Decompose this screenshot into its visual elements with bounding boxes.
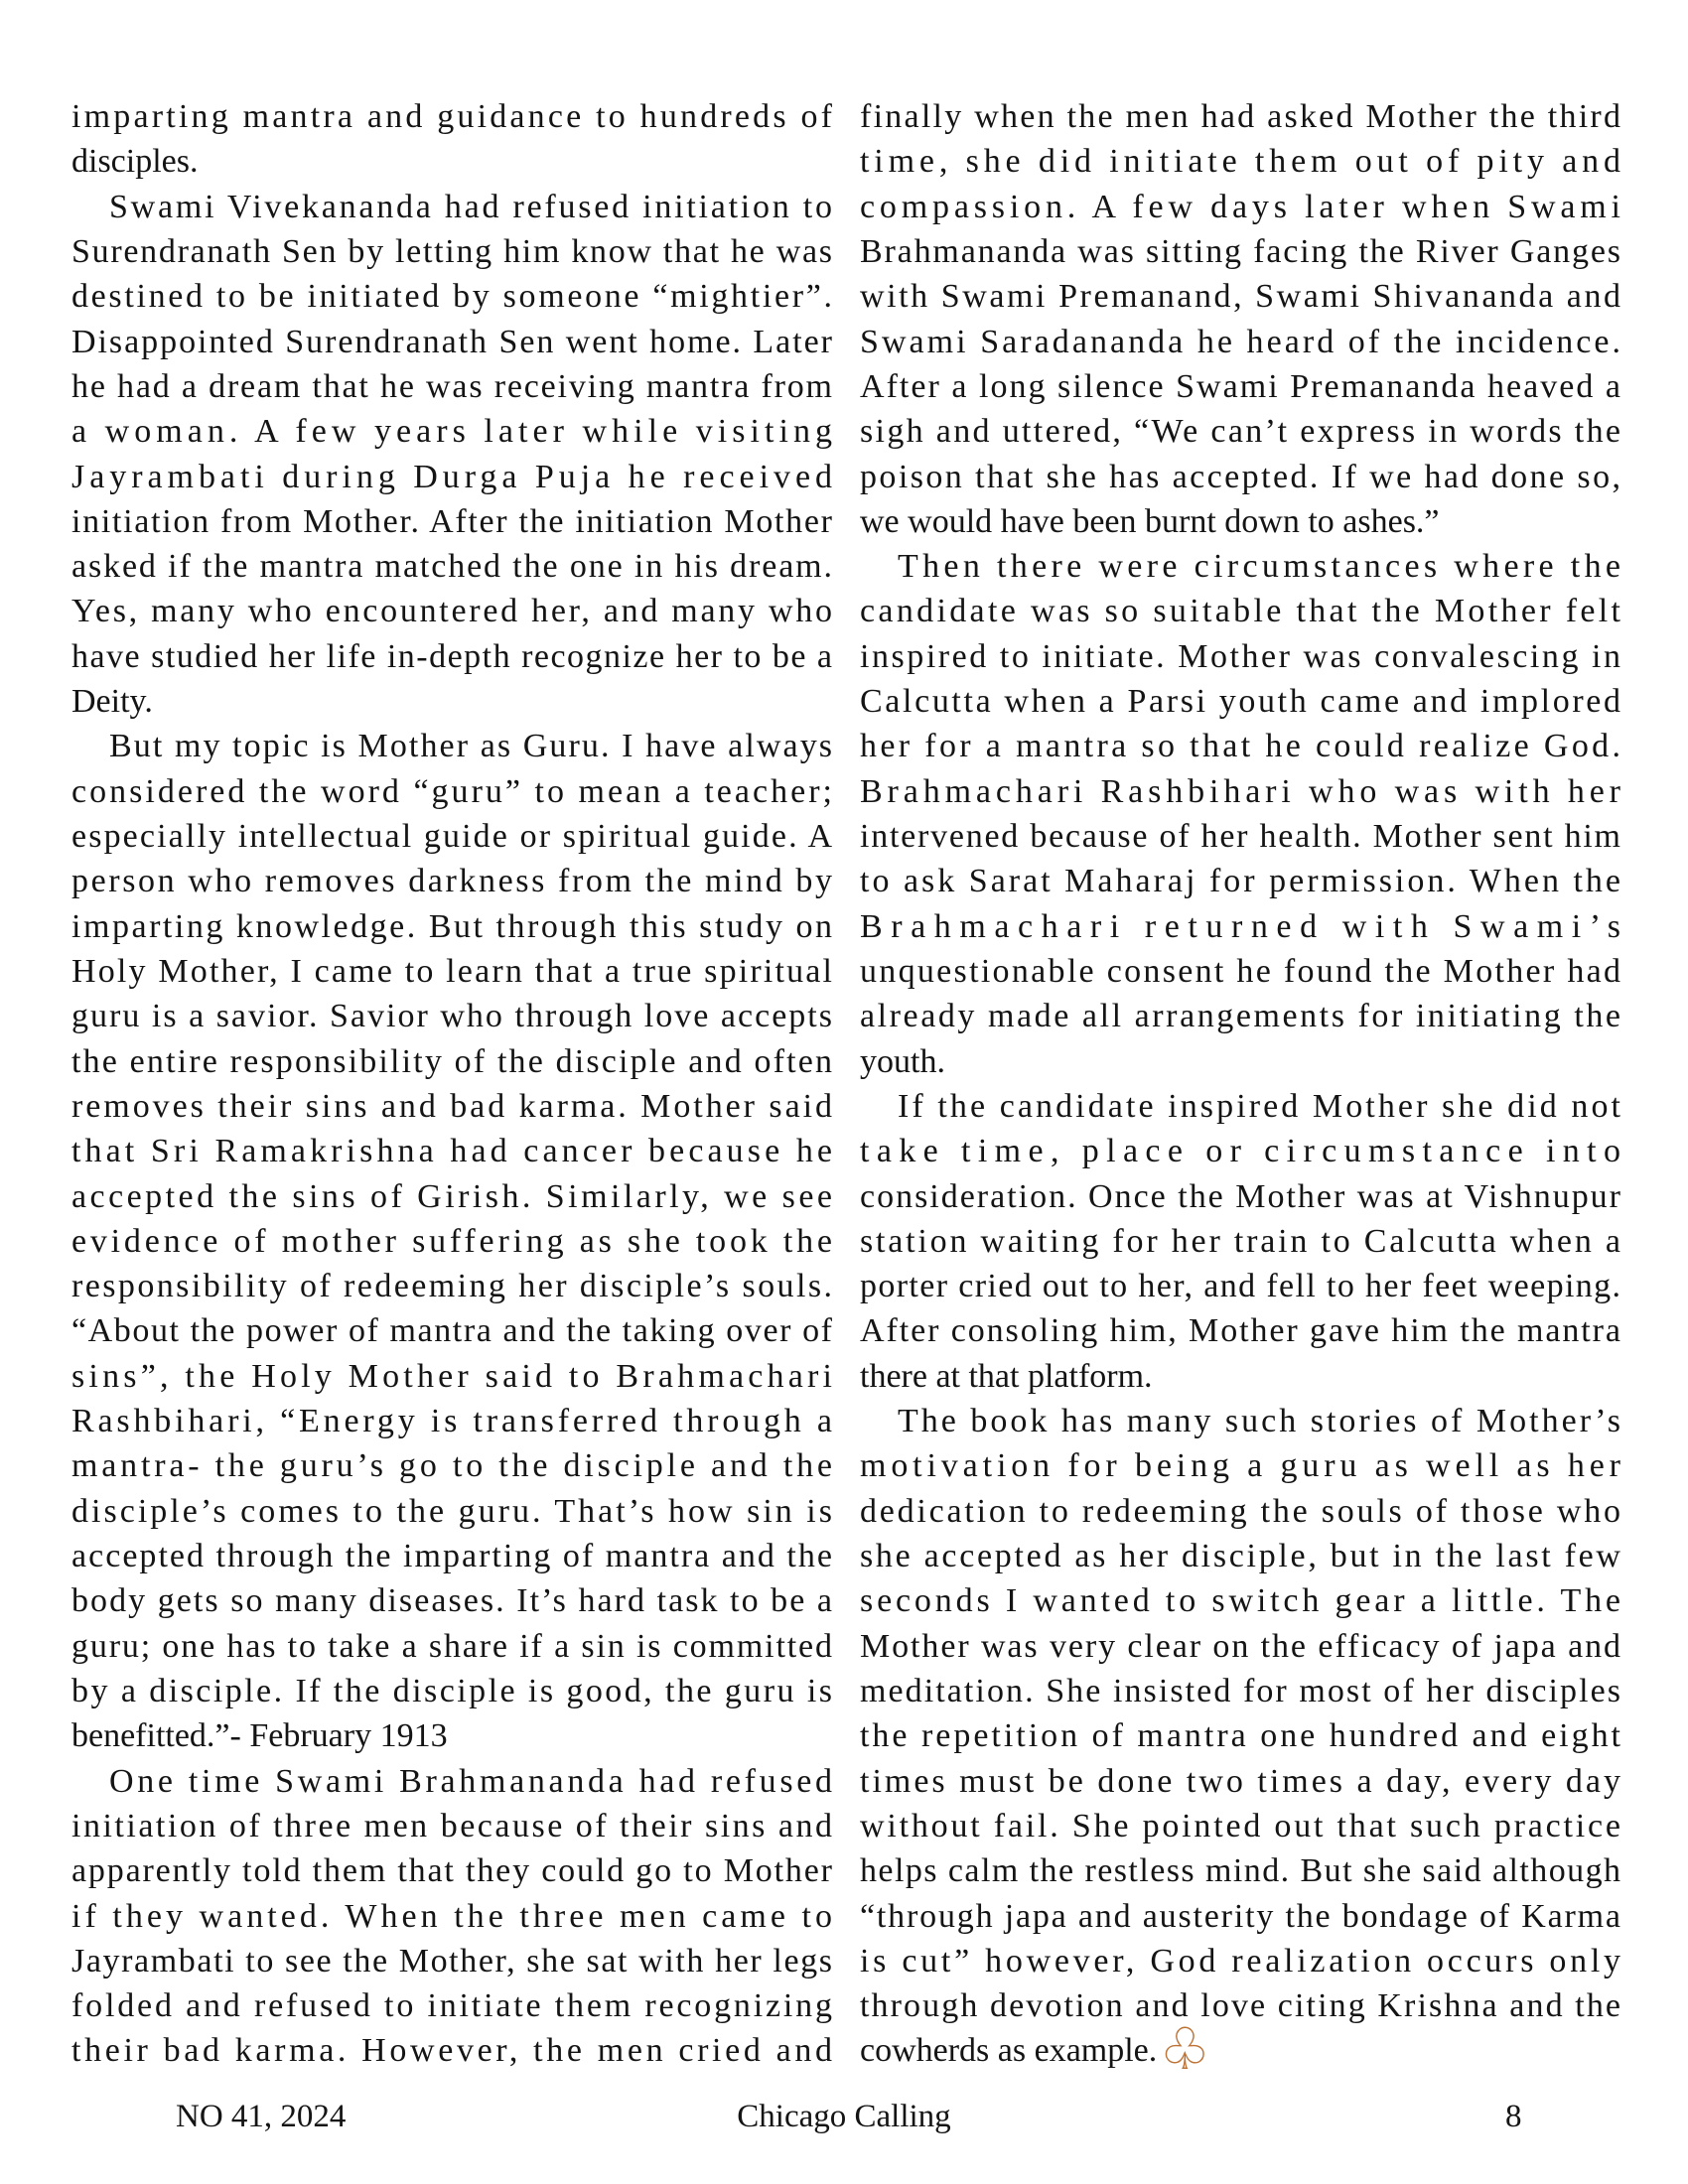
text-line: disciple’s comes to the guru. That’s how… (71, 1488, 832, 1533)
svg-text:Brahmananda was sitting facing: Brahmananda was sitting facing the River… (860, 233, 1620, 270)
svg-text:through devotion and love citi: through devotion and love citing Krishna… (860, 1987, 1620, 2024)
text-line: meditation. She insisted for most of her… (860, 1668, 1620, 1712)
svg-text:there at that platform.: there at that platform. (860, 1358, 1153, 1395)
svg-text:Yes, many who encountered her,: Yes, many who encountered her, and many … (71, 593, 832, 629)
text-line: consideration. Once the Mother was at Vi… (860, 1173, 1620, 1218)
text-line: with Swami Premanand, Swami Shivananda a… (860, 273, 1620, 318)
text-line: through devotion and love citing Krishna… (860, 1982, 1620, 2027)
text-line: Swami Vivekananda had refused initiation… (71, 184, 832, 228)
svg-text:the repetition of mantra one h: the repetition of mantra one hundred and… (860, 1717, 1621, 1754)
svg-text:dedication to redeeming the so: dedication to redeeming the souls of tho… (860, 1493, 1620, 1530)
text-line: Disappointed Surendranath Sen went home.… (71, 319, 832, 363)
svg-text:inspired to initiate. Mother w: inspired to initiate. Mother was convale… (860, 638, 1620, 675)
svg-text:imparting mantra and guidance: imparting mantra and guidance to hundred… (71, 98, 833, 135)
svg-text:she accepted as her disciple,: she accepted as her disciple, but in the… (860, 1538, 1620, 1574)
text-line: is cut” however, God realization occurs … (860, 1938, 1620, 1982)
svg-text:take time, place or circumstan: take time, place or circumstance into (860, 1133, 1620, 1169)
svg-text:Brahmachari returned with Swam: Brahmachari returned with Swami’s (860, 908, 1620, 945)
svg-text:consideration. Once the Mother: consideration. Once the Mother was at Vi… (860, 1178, 1621, 1215)
svg-text:Holy Mother, I came to learn t: Holy Mother, I came to learn that a true… (71, 953, 832, 990)
svg-text:especially intellectual guide: especially intellectual guide or spiritu… (71, 818, 832, 855)
svg-text:to ask Sarat Maharaj for permi: to ask Sarat Maharaj for permission. Whe… (860, 863, 1620, 899)
svg-text:Deity.: Deity. (71, 683, 153, 720)
svg-text:responsibility of redeeming he: responsibility of redeeming her disciple… (71, 1268, 832, 1304)
text-line: sins”, the Holy Mother said to Brahmacha… (71, 1353, 832, 1398)
text-line: especially intellectual guide or spiritu… (71, 813, 832, 858)
svg-text:compassion. A few days later: compassion. A few days later when Swami (860, 189, 1620, 225)
text-line: Jayrambati during Durga Puja he received (71, 454, 832, 498)
svg-text:“through japa and austerity th: “through japa and austerity the bondage … (860, 1898, 1620, 1935)
svg-text:The book has many such stories: The book has many such stories of Mother… (898, 1403, 1620, 1439)
svg-text:helps calm the restless mind.: helps calm the restless mind. But she sa… (860, 1852, 1620, 1889)
svg-text:sins”, the Holy Mother said to: sins”, the Holy Mother said to Brahmacha… (71, 1358, 832, 1395)
svg-text:accepted through the imparting: accepted through the imparting of mantra… (71, 1538, 832, 1574)
svg-text:One time Swami Brahmananda had: One time Swami Brahmananda had refused (109, 1763, 832, 1800)
text-line: evidence of mother suffering as she took… (71, 1218, 832, 1263)
text-line: destined to be initiated by someone “mig… (71, 273, 832, 318)
svg-text:imparting knowledge. But throu: imparting knowledge. But through this st… (71, 908, 832, 945)
text-line: After a long silence Swami Premananda he… (860, 363, 1620, 408)
text-line: After consoling him, Mother gave him the… (860, 1307, 1620, 1352)
svg-text:apparently told them that they: apparently told them that they could go … (71, 1852, 833, 1889)
svg-text:Swami Vivekananda had refused: Swami Vivekananda had refused initiation… (109, 189, 832, 225)
text-line: finally when the men had asked Mother th… (860, 93, 1620, 138)
text-line: helps calm the restless mind. But she sa… (860, 1847, 1620, 1892)
text-line: imparting mantra and guidance to hundred… (71, 93, 832, 138)
svg-text:guru; one has to take a share: guru; one has to take a share if a sin i… (71, 1628, 832, 1665)
text-line: The book has many such stories of Mother… (860, 1398, 1620, 1442)
text-line: folded and refused to initiate them reco… (71, 1982, 832, 2027)
svg-text:asked if the mantra matched th: asked if the mantra matched the one in h… (71, 548, 832, 585)
text-line: “through japa and austerity the bondage … (860, 1893, 1620, 1938)
svg-text:a woman. A few years later whi: a woman. A few years later while visitin… (71, 413, 832, 450)
text-line: guru is a savior. Savior who through lov… (71, 993, 832, 1037)
text-line: cowherds as example.♧ (860, 2027, 1620, 2072)
svg-text:youth.: youth. (860, 1043, 945, 1080)
text-line: Rashbihari, “Energy is transferred throu… (71, 1398, 832, 1442)
text-line: a woman. A few years later while visitin… (71, 408, 832, 453)
text-line: “About the power of mantra and the takin… (71, 1307, 832, 1352)
svg-text:time, she did initiate them ou: time, she did initiate them out of pity … (860, 143, 1620, 180)
text-line: But my topic is Mother as Guru. I have a… (71, 723, 832, 767)
svg-text:porter cried out to her, and f: porter cried out to her, and fell to her… (860, 1268, 1620, 1304)
text-line: we would have been burnt down to ashes.” (860, 498, 1620, 543)
svg-text:If the candidate inspired Moth: If the candidate inspired Mother she did… (898, 1088, 1621, 1125)
svg-text:their bad karma. However, the: their bad karma. However, the men cried … (71, 2032, 832, 2069)
text-line: motivation for being a guru as well as h… (860, 1442, 1620, 1487)
text-line: Brahmananda was sitting facing the River… (860, 228, 1620, 273)
text-line: Swami Saradananda he heard of the incide… (860, 319, 1620, 363)
svg-text:Jayrambati to see the Mother,: Jayrambati to see the Mother, she sat wi… (71, 1943, 832, 1979)
text-line: youth. (860, 1038, 1620, 1083)
footer-page-number: 8 (1505, 2095, 1522, 2139)
svg-text:Surendranath Sen by letting hi: Surendranath Sen by letting him know tha… (71, 233, 832, 270)
svg-text:meditation. She insisted for m: meditation. She insisted for most of her… (860, 1673, 1620, 1709)
text-column-right: finally when the men had asked Mother th… (860, 93, 1620, 2073)
svg-text:Disappointed Surendranath Sen: Disappointed Surendranath Sen went home.… (71, 324, 833, 360)
svg-text:that Sri Ramakrishna had cance: that Sri Ramakrishna had cancer because … (71, 1133, 832, 1169)
svg-text:he had a dream that he was rec: he had a dream that he was receiving man… (71, 368, 832, 405)
text-line: Calcutta when a Parsi youth came and imp… (860, 678, 1620, 723)
text-line: times must be done two times a day, ever… (860, 1758, 1620, 1803)
svg-text:benefitted.”- February 1913: benefitted.”- February 1913 (71, 1717, 448, 1754)
svg-text:without fail. She pointed out: without fail. She pointed out that such … (860, 1808, 1620, 1844)
text-line: sigh and uttered, “We can’t express in w… (860, 408, 1620, 453)
text-line: imparting knowledge. But through this st… (71, 903, 832, 948)
text-line: unquestionable consent he found the Moth… (860, 948, 1620, 993)
text-line: if they wanted. When the three men came … (71, 1893, 832, 1938)
document-page: { "page": { "background": "#ffffff", "te… (0, 0, 1688, 2184)
svg-text:folded and refused to initiate: folded and refused to initiate them reco… (71, 1987, 832, 2024)
svg-text:candidate was so suitable that: candidate was so suitable that the Mothe… (860, 593, 1621, 629)
svg-text:seconds I wanted to switch gea: seconds I wanted to switch gear a little… (860, 1582, 1620, 1619)
svg-text:Brahmachari Rashbihari who was: Brahmachari Rashbihari who was with her (860, 773, 1621, 810)
svg-text:poison that she has accepted.: poison that she has accepted. If we had … (860, 459, 1620, 495)
svg-text:evidence of mother suffering a: evidence of mother suffering as she took… (71, 1223, 832, 1260)
text-line: removes their sins and bad karma. Mother… (71, 1083, 832, 1128)
svg-text:But my topic is Mother as Guru: But my topic is Mother as Guru. I have a… (109, 728, 832, 764)
text-line: body gets so many diseases. It’s hard ta… (71, 1577, 832, 1622)
svg-text:with Swami Premanand, Swami Sh: with Swami Premanand, Swami Shivananda a… (860, 278, 1620, 315)
svg-text:After a long silence Swami Pre: After a long silence Swami Premananda he… (860, 368, 1620, 405)
svg-text:is cut” however, God realizati: is cut” however, God realization occurs … (860, 1943, 1620, 1979)
svg-text:sigh and uttered, “We can’t ex: sigh and uttered, “We can’t express in w… (860, 413, 1620, 450)
club-suit-icon: ♧ (1159, 2015, 1210, 2083)
svg-text:Calcutta when a Parsi youth ca: Calcutta when a Parsi youth came and imp… (860, 683, 1620, 720)
svg-text:already made all arrangements: already made all arrangements for initia… (860, 998, 1620, 1034)
text-line: intervened because of her health. Mother… (860, 813, 1620, 858)
svg-text:initiation from Mother. After: initiation from Mother. After the initia… (71, 503, 833, 540)
svg-text:Mother was very clear on the e: Mother was very clear on the efficacy of… (860, 1628, 1620, 1665)
text-line: responsibility of redeeming her disciple… (71, 1263, 832, 1307)
svg-text:intervened because of her heal: intervened because of her health. Mother… (860, 818, 1620, 855)
text-line: benefitted.”- February 1913 (71, 1712, 832, 1757)
svg-text:Swami Saradananda he heard of: Swami Saradananda he heard of the incide… (860, 324, 1620, 360)
text-line: asked if the mantra matched the one in h… (71, 543, 832, 588)
text-line: station waiting for her train to Calcutt… (860, 1218, 1620, 1263)
svg-text:unquestionable consent he foun: unquestionable consent he found the Moth… (860, 953, 1620, 990)
text-line: have studied her life in-depth recognize… (71, 633, 832, 678)
svg-text:motivation for being a guru as: motivation for being a guru as well as h… (860, 1447, 1621, 1484)
text-line: candidate was so suitable that the Mothe… (860, 588, 1620, 632)
text-line: mantra- the guru’s go to the disciple an… (71, 1442, 832, 1487)
text-line: Surendranath Sen by letting him know tha… (71, 228, 832, 273)
svg-text:finally when the men had asked: finally when the men had asked Mother th… (860, 98, 1620, 135)
svg-text:her for a mantra so that he co: her for a mantra so that he could realiz… (860, 728, 1620, 764)
text-line: the entire responsibility of the discipl… (71, 1038, 832, 1083)
svg-text:“About the power of mantra and: “About the power of mantra and the takin… (71, 1312, 833, 1349)
text-line: initiation of three men because of their… (71, 1803, 832, 1847)
text-line: One time Swami Brahmananda had refused (71, 1758, 832, 1803)
text-line: Jayrambati to see the Mother, she sat wi… (71, 1938, 832, 1982)
svg-text:if they wanted. When the three: if they wanted. When the three men came … (71, 1898, 832, 1935)
svg-text:mantra- the guru’s go to the d: mantra- the guru’s go to the disciple an… (71, 1447, 832, 1484)
svg-text:Jayrambati during Durga Puja h: Jayrambati during Durga Puja he received (71, 459, 832, 495)
text-line: their bad karma. However, the men cried … (71, 2027, 832, 2072)
svg-text:by a disciple. If the disciple: by a disciple. If the disciple is good, … (71, 1673, 832, 1709)
text-line: she accepted as her disciple, but in the… (860, 1533, 1620, 1577)
svg-text:we would have been burnt down: we would have been burnt down to ashes.” (860, 503, 1440, 540)
svg-text:have studied her life in-depth: have studied her life in-depth recognize… (71, 638, 832, 675)
text-line: Yes, many who encountered her, and many … (71, 588, 832, 632)
svg-text:person who removes darkness fr: person who removes darkness from the min… (71, 863, 832, 899)
text-line: initiation from Mother. After the initia… (71, 498, 832, 543)
svg-text:body gets so many diseases. It: body gets so many diseases. It’s hard ta… (71, 1582, 832, 1619)
text-line: without fail. She pointed out that such … (860, 1803, 1620, 1847)
text-line: take time, place or circumstance into (860, 1128, 1620, 1172)
text-line: apparently told them that they could go … (71, 1847, 832, 1892)
text-line: considered the word “guru” to mean a tea… (71, 768, 832, 813)
svg-text:guru is a savior. Savior who t: guru is a savior. Savior who through lov… (71, 998, 832, 1034)
text-line: seconds I wanted to switch gear a little… (860, 1577, 1620, 1622)
text-line: compassion. A few days later when Swami (860, 184, 1620, 228)
text-line: Deity. (71, 678, 832, 723)
text-line: Then there were circumstances where the (860, 543, 1620, 588)
text-line: Holy Mother, I came to learn that a true… (71, 948, 832, 993)
footer-journal-title: Chicago Calling (0, 2095, 1688, 2139)
svg-text:considered the word “guru” to: considered the word “guru” to mean a tea… (71, 773, 832, 810)
text-line: he had a dream that he was receiving man… (71, 363, 832, 408)
text-line: dedication to redeeming the souls of tho… (860, 1488, 1620, 1533)
svg-text:disciple’s comes to the guru.: disciple’s comes to the guru. That’s how… (71, 1493, 832, 1530)
svg-text:disciples.: disciples. (71, 143, 198, 180)
text-line: that Sri Ramakrishna had cancer because … (71, 1128, 832, 1172)
text-line: Brahmachari returned with Swami’s (860, 903, 1620, 948)
svg-text:removes their sins and bad kar: removes their sins and bad karma. Mother… (71, 1088, 832, 1125)
svg-text:Rashbihari, “Energy is transfe: Rashbihari, “Energy is transferred throu… (71, 1403, 832, 1439)
svg-text:the entire responsibility of t: the entire responsibility of the discipl… (71, 1043, 832, 1080)
text-line: porter cried out to her, and fell to her… (860, 1263, 1620, 1307)
text-line: accepted the sins of Girish. Similarly, … (71, 1173, 832, 1218)
svg-text:destined to be initiated by so: destined to be initiated by someone “mig… (71, 278, 832, 315)
text-line: If the candidate inspired Mother she did… (860, 1083, 1620, 1128)
text-line: inspired to initiate. Mother was convale… (860, 633, 1620, 678)
text-line: the repetition of mantra one hundred and… (860, 1712, 1620, 1757)
svg-text:After consoling him, Mother ga: After consoling him, Mother gave him the… (860, 1312, 1620, 1349)
text-line: her for a mantra so that he could realiz… (860, 723, 1620, 767)
svg-text:accepted the sins of Girish. S: accepted the sins of Girish. Similarly, … (71, 1178, 832, 1215)
svg-text:initiation of three men becaus: initiation of three men because of their… (71, 1808, 832, 1844)
text-line: Brahmachari Rashbihari who was with her (860, 768, 1620, 813)
text-line: poison that she has accepted. If we had … (860, 454, 1620, 498)
text-line: Mother was very clear on the efficacy of… (860, 1623, 1620, 1668)
svg-text:times must be done two times a: times must be done two times a day, ever… (860, 1763, 1620, 1800)
text-line: already made all arrangements for initia… (860, 993, 1620, 1037)
text-line: guru; one has to take a share if a sin i… (71, 1623, 832, 1668)
text-line: there at that platform. (860, 1353, 1620, 1398)
svg-text:Then there were circumstances: Then there were circumstances where the (898, 548, 1620, 585)
text-column-left: imparting mantra and guidance to hundred… (71, 93, 832, 2073)
svg-text:station waiting for her train: station waiting for her train to Calcutt… (860, 1223, 1620, 1260)
text-line: person who removes darkness from the min… (71, 858, 832, 902)
text-line: to ask Sarat Maharaj for permission. Whe… (860, 858, 1620, 902)
text-line: by a disciple. If the disciple is good, … (71, 1668, 832, 1712)
text-line: accepted through the imparting of mantra… (71, 1533, 832, 1577)
text-line: time, she did initiate them out of pity … (860, 138, 1620, 183)
text-line: disciples. (71, 138, 832, 183)
